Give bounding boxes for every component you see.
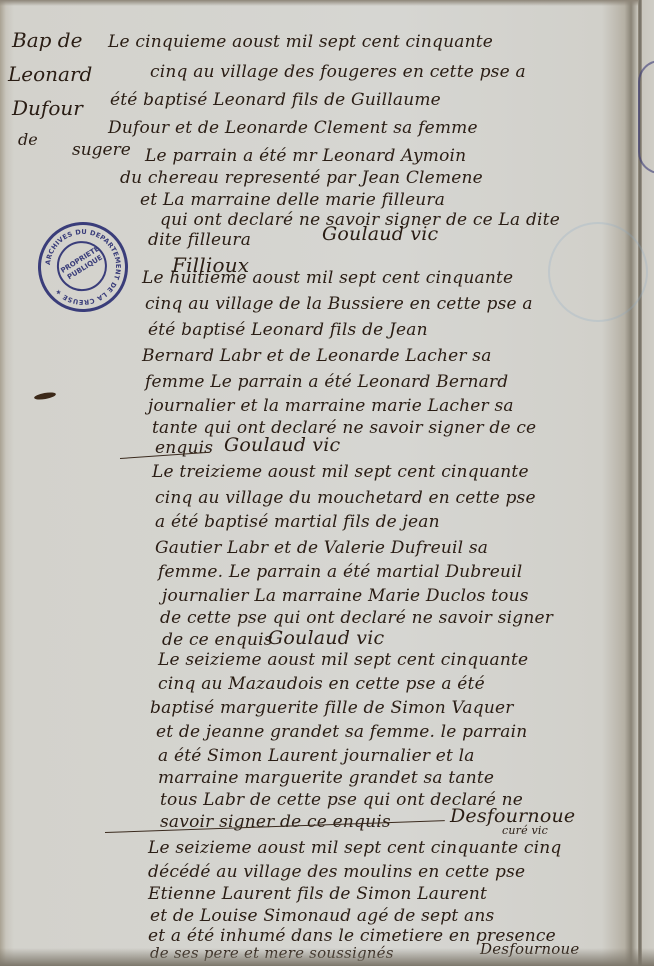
entry-3-line-3: a été baptisé martial fils de jean bbox=[155, 512, 440, 532]
entry-3-line-5: femme. Le parrain a été martial Dubreuil bbox=[158, 562, 522, 582]
entry-2-line-7: tante qui ont declaré ne savoir signer d… bbox=[152, 418, 536, 438]
show-through-stamp bbox=[548, 222, 648, 322]
entry-3-line-2: cinq au village du mouchetard en cette p… bbox=[155, 488, 536, 508]
page-bottom-edge bbox=[0, 948, 654, 966]
entry-1-line-2: cinq au village des fougeres en cette ps… bbox=[150, 62, 526, 82]
margin-note-surname: Dufour bbox=[12, 96, 83, 120]
entry-1-line-4: Dufour et de Leonarde Clement sa femme bbox=[108, 118, 478, 138]
entry-4-line-5: a été Simon Laurent journalier et la bbox=[158, 746, 475, 766]
facing-page-stamp-fragment bbox=[638, 60, 654, 174]
entry-1-line-5: Le parrain a été mr Leonard Aymoin bbox=[145, 146, 466, 166]
entry-5-line-1: Le seizieme aoust mil sept cent cinquant… bbox=[148, 838, 561, 858]
ink-blot bbox=[34, 391, 57, 401]
entry-4-line-3: baptisé marguerite fille de Simon Vaquer bbox=[150, 698, 514, 718]
entry-1-line-7: et La marraine delle marie filleura bbox=[140, 190, 445, 210]
entry-2-line-2: cinq au village de la Bussiere en cette … bbox=[145, 294, 533, 314]
entry-4-line-2: cinq au Mazaudois en cette pse a été bbox=[158, 674, 485, 694]
margin-note-name: Leonard bbox=[8, 62, 92, 86]
entry-4-signature-title: curé vic bbox=[502, 824, 548, 837]
margin-note-de: de bbox=[18, 130, 38, 149]
page-top-edge bbox=[0, 0, 640, 6]
entry-3-line-4: Gautier Labr et de Valerie Dufreuil sa bbox=[155, 538, 488, 558]
entry-4-line-1: Le seizieme aoust mil sept cent cinquant… bbox=[158, 650, 528, 670]
entry-5-line-2: décédé au village des moulins en cette p… bbox=[148, 862, 525, 882]
entry-2-line-5: femme Le parrain a été Leonard Bernard bbox=[145, 372, 508, 392]
entry-1-line-9: dite filleura bbox=[148, 230, 251, 250]
entry-3-line-7: de cette pse qui ont declaré ne savoir s… bbox=[160, 608, 553, 628]
margin-note-bap: Bap de bbox=[12, 28, 82, 52]
entry-2-line-1: Le huitieme aoust mil sept cent cinquant… bbox=[142, 268, 513, 288]
entry-4-line-6: marraine marguerite grandet sa tante bbox=[158, 768, 494, 788]
entry-2-line-4: Bernard Labr et de Leonarde Lacher sa bbox=[142, 346, 492, 366]
entry-5-line-4: et de Louise Simonaud agé de sept ans bbox=[150, 906, 494, 926]
entry-1-line-6: du chereau representé par Jean Clemene bbox=[120, 168, 483, 188]
register-page-scan: Bap de Leonard Dufour de sugere Le cinqu… bbox=[0, 0, 654, 966]
entry-3-line-1: Le treizieme aoust mil sept cent cinquan… bbox=[152, 462, 529, 482]
entry-1-line-3: été baptisé Leonard fils de Guillaume bbox=[110, 90, 441, 110]
margin-note-place: sugere bbox=[72, 140, 131, 160]
entry-5-line-3: Etienne Laurent fils de Simon Laurent bbox=[148, 884, 487, 904]
entry-3-line-8: de ce enquis bbox=[162, 630, 273, 650]
entry-2-signature: Goulaud vic bbox=[224, 434, 340, 456]
archives-stamp: ARCHIVES DU DEPARTEMENT DE LA CREUSE ★ P… bbox=[35, 219, 131, 315]
entry-2-line-3: été baptisé Leonard fils de Jean bbox=[148, 320, 428, 340]
entry-1-signature: Goulaud vic bbox=[322, 223, 438, 245]
entry-3-line-6: journalier La marraine Marie Duclos tous bbox=[162, 586, 529, 606]
entry-4-line-4: et de jeanne grandet sa femme. le parrai… bbox=[156, 722, 527, 742]
entry-3-signature: Goulaud vic bbox=[268, 627, 384, 649]
entry-2-line-6: journalier et la marraine marie Lacher s… bbox=[148, 396, 514, 416]
entry-1-line-1: Le cinquieme aoust mil sept cent cinquan… bbox=[108, 32, 493, 52]
